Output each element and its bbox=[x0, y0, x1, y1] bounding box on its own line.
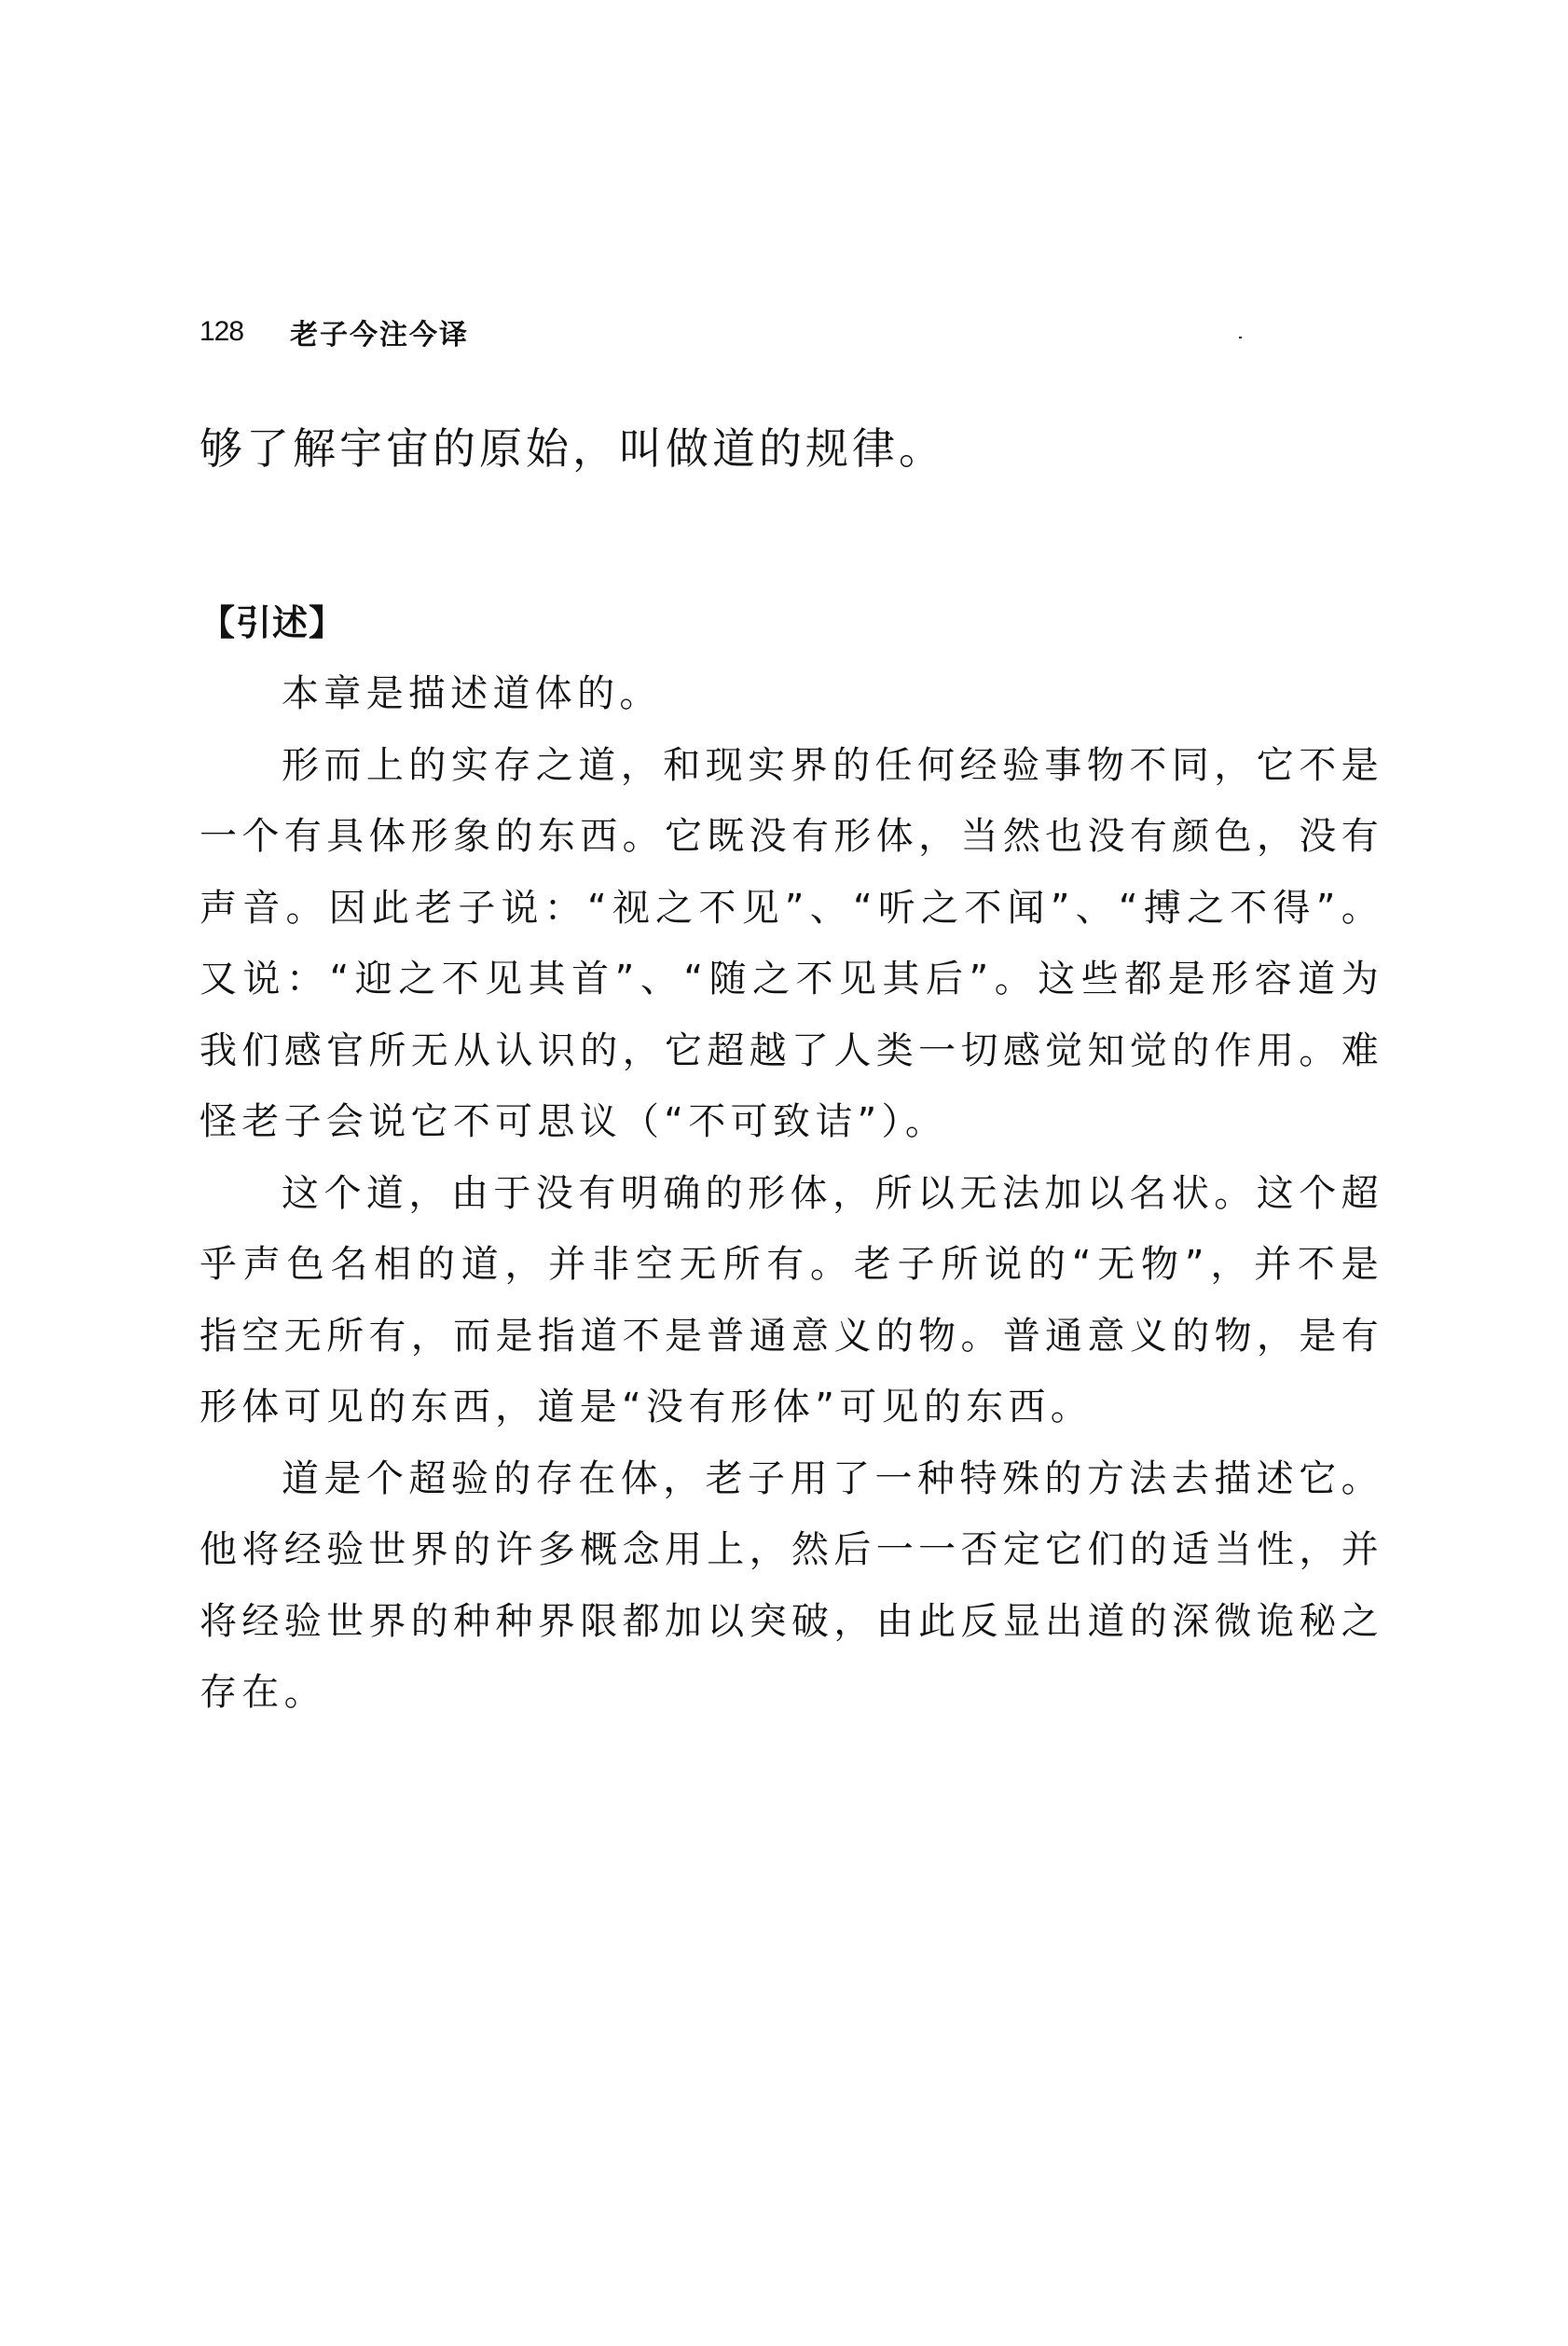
page-number: 128 bbox=[199, 316, 243, 348]
section-heading: 【引述】 bbox=[199, 595, 345, 651]
book-page: 128 老子今注今译 够了解宇宙的原始，叫做道的规律。 【引述】 本章是描述道体… bbox=[0, 0, 1568, 2346]
book-title: 老子今注今译 bbox=[290, 311, 469, 352]
paragraph: 道是个超验的存在体，老子用了一种特殊的方法去描述它。他将经验世界的许多概念用上，… bbox=[199, 1443, 1383, 1729]
section-body: 本章是描述道体的。 形而上的实存之道，和现实界的任何经验事物不同，它不是一个有具… bbox=[199, 658, 1383, 1729]
paragraph: 这个道，由于没有明确的形体，所以无法加以名状。这个超乎声色名相的道，并非空无所有… bbox=[199, 1158, 1383, 1443]
carryover-text: 够了解宇宙的原始，叫做道的规律。 bbox=[199, 416, 945, 481]
paragraph: 形而上的实存之道，和现实界的任何经验事物不同，它不是一个有具体形象的东西。它既没… bbox=[199, 730, 1383, 1158]
scan-speck bbox=[1239, 337, 1242, 338]
paragraph: 本章是描述道体的。 bbox=[199, 658, 1383, 730]
running-header: 128 老子今注今译 bbox=[199, 311, 469, 352]
